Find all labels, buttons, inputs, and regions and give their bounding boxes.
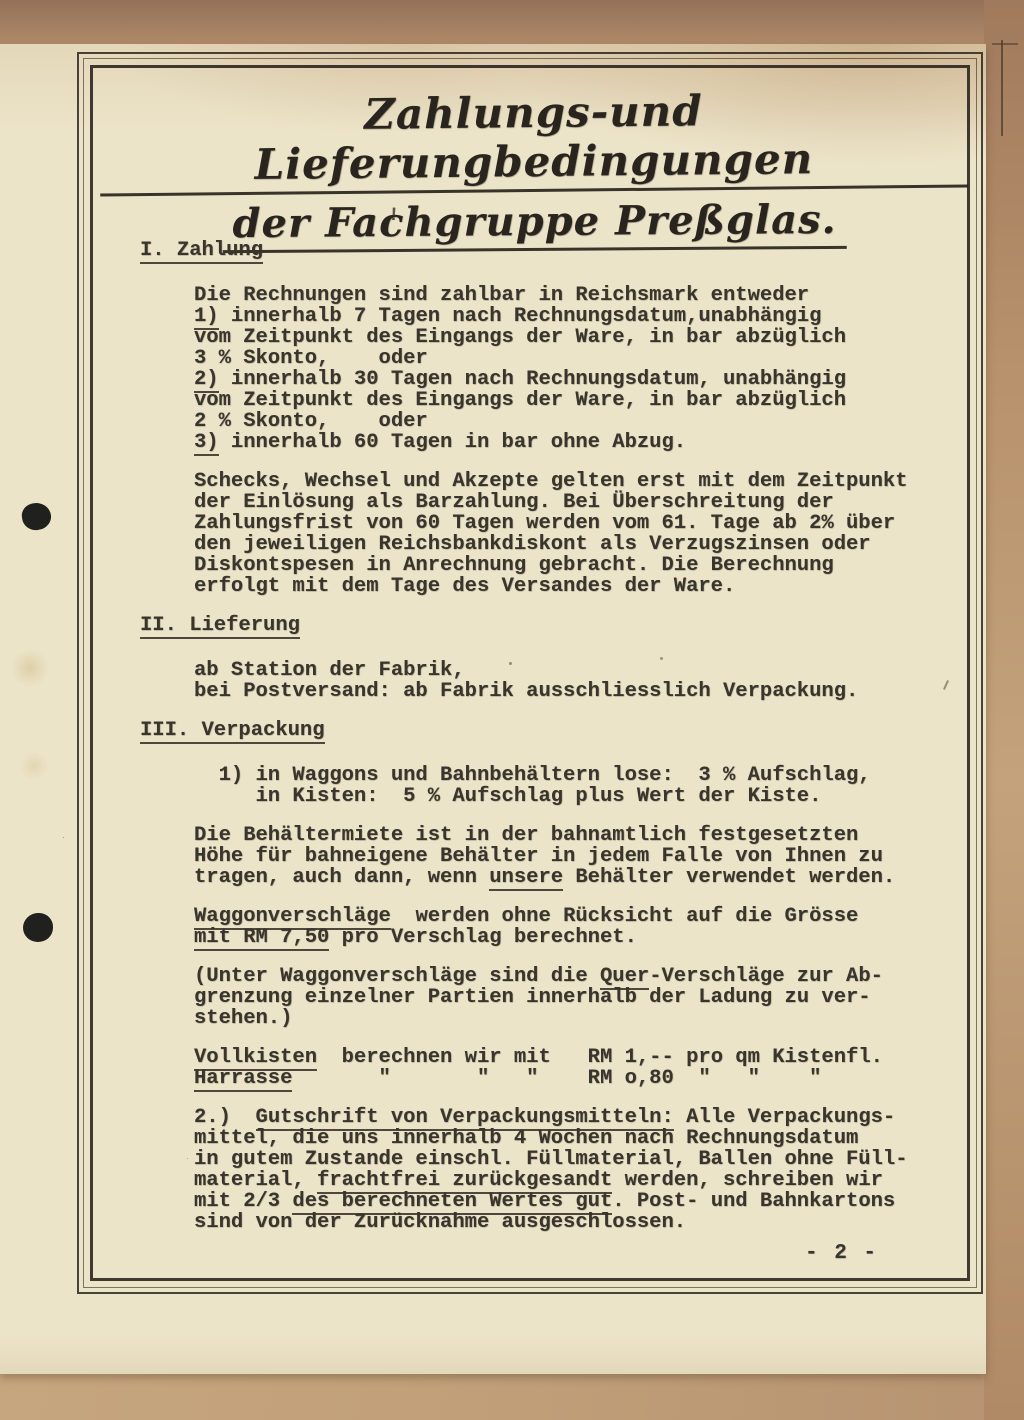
text-run: Schecks, Wechsel und Akzepte gelten erst… xyxy=(194,470,908,493)
text-run: vom Zeitpunkt des Eingangs der Ware, in … xyxy=(194,389,846,412)
scanned-document-page: Zahlungs-und Lieferungbedingungen der Fa… xyxy=(0,0,1024,1420)
text-run: Behälter verwendet werden. xyxy=(563,866,895,889)
text-run: erfolgt mit dem Tage des Versandes der W… xyxy=(194,575,735,598)
text-line: (Unter Waggonverschläge sind die Quer-Ve… xyxy=(194,966,972,987)
text-run: 1) in Waggons und Bahnbehältern lose: 3 … xyxy=(194,764,871,787)
text-line: der Einlösung als Barzahlung. Bei Übersc… xyxy=(194,492,972,513)
section-heading: II. Lieferung xyxy=(140,615,972,636)
paragraph: (Unter Waggonverschläge sind die Quer-Ve… xyxy=(194,966,972,1029)
text-line: vom Zeitpunkt des Eingangs der Ware, in … xyxy=(194,327,972,348)
section-heading: I. Zahlung xyxy=(140,240,972,261)
text-run: (Unter Waggonverschläge sind die xyxy=(194,965,600,988)
text-run: bei Postversand: ab Fabrik ausschliessli… xyxy=(194,680,858,703)
backing-board-right-edge xyxy=(984,0,1024,1420)
text-run: tragen, auch dann, wenn xyxy=(194,866,489,889)
text-line: 2.) Gutschrift von Verpackungsmitteln: A… xyxy=(194,1107,972,1128)
text-line: Vollkisten berechnen wir mit RM 1,-- pro… xyxy=(194,1047,972,1068)
document-title: Zahlungs-und Lieferungbedingungen der Fa… xyxy=(99,83,969,255)
text-line: den jeweiligen Reichsbankdiskont als Ver… xyxy=(194,534,972,555)
text-run: in gutem Zustande einschl. Füllmaterial,… xyxy=(194,1148,908,1171)
backing-sheet-edge-dash xyxy=(992,43,1018,45)
text-run: grenzung einzelner Partien innerhalb der… xyxy=(194,986,871,1009)
text-run: Die Behältermiete ist in der bahnamtlich… xyxy=(194,824,858,847)
page-number: - 2 - xyxy=(140,1242,972,1265)
underlined-text: II. Lieferung xyxy=(140,614,300,639)
paragraph: Vollkisten berechnen wir mit RM 1,-- pro… xyxy=(194,1047,972,1089)
backing-board-top-band xyxy=(0,0,1024,45)
text-run: " " " RM o,80 " " " xyxy=(292,1067,821,1090)
text-run: 2.) xyxy=(194,1106,256,1129)
underlined-text: 3) xyxy=(194,431,219,456)
text-line: 1) innerhalb 7 Tagen nach Rechnungsdatum… xyxy=(194,306,972,327)
text-run: pro Verschlag berechnet. xyxy=(329,926,637,949)
text-run: innerhalb 7 Tagen nach Rechnungsdatum,un… xyxy=(219,305,822,328)
text-run: 3 % Skonto, oder xyxy=(194,347,428,370)
underlined-text: unsere xyxy=(489,866,563,891)
text-run: . Post- und Bahnkartons xyxy=(612,1190,895,1213)
text-run: den jeweiligen Reichsbankdiskont als Ver… xyxy=(194,533,871,556)
text-run: -Verschläge zur Ab- xyxy=(649,965,883,988)
text-line: Die Rechnungen sind zahlbar in Reichsmar… xyxy=(194,285,972,306)
text-run: berechnen wir mit RM 1,-- pro qm Kistenf… xyxy=(317,1046,883,1069)
underlined-text: I. Zahlung xyxy=(140,239,263,264)
paragraph: Schecks, Wechsel und Akzepte gelten erst… xyxy=(194,471,972,597)
backing-sheet-edge-line xyxy=(1001,40,1003,136)
stray-ink-mark: ! xyxy=(387,204,400,227)
underlined-text: Harrasse xyxy=(194,1067,292,1092)
text-line: III. Verpackung xyxy=(140,720,972,741)
text-line: vom Zeitpunkt des Eingangs der Ware, in … xyxy=(194,390,972,411)
text-run: innerhalb 60 Tagen in bar ohne Abzug. xyxy=(219,431,686,454)
text-line: Schecks, Wechsel und Akzepte gelten erst… xyxy=(194,471,972,492)
paragraph: ab Station der Fabrik,bei Postversand: a… xyxy=(194,660,972,702)
paragraph: Waggonverschläge werden ohne Rücksicht a… xyxy=(194,906,972,948)
document-paper: Zahlungs-und Lieferungbedingungen der Fa… xyxy=(0,44,986,1374)
text-line: in gutem Zustande einschl. Füllmaterial,… xyxy=(194,1149,972,1170)
underlined-text: III. Verpackung xyxy=(140,719,325,744)
text-line: Harrasse " " " RM o,80 " " " xyxy=(194,1068,972,1089)
text-line: mit 2/3 des berechneten Wertes gut. Post… xyxy=(194,1191,972,1212)
text-line: material, frachtfrei zurückgesandt werde… xyxy=(194,1170,972,1191)
text-line: in Kisten: 5 % Aufschlag plus Wert der K… xyxy=(194,786,972,807)
text-run: innerhalb 30 Tagen nach Rechnungsdatum, … xyxy=(219,368,846,391)
text-run: Alle Verpackungs- xyxy=(674,1106,895,1129)
text-run: mittel, die uns innerhalb 4 Wochen nach … xyxy=(194,1127,858,1150)
document-body: I. ZahlungDie Rechnungen sind zahlbar in… xyxy=(140,240,972,1251)
text-line: 3) innerhalb 60 Tagen in bar ohne Abzug. xyxy=(194,432,972,453)
text-run: 2 % Skonto, oder xyxy=(194,410,428,433)
text-line: Höhe für bahneigene Behälter in jedem Fa… xyxy=(194,846,972,867)
title-line-1: Zahlungs-und Lieferungbedingungen xyxy=(99,83,968,196)
text-line: Zahlungsfrist von 60 Tagen werden vom 61… xyxy=(194,513,972,534)
text-line: II. Lieferung xyxy=(140,615,972,636)
text-line: 2) innerhalb 30 Tagen nach Rechnungsdatu… xyxy=(194,369,972,390)
text-run: ab Station der Fabrik, xyxy=(194,659,465,682)
text-run: mit 2/3 xyxy=(194,1190,292,1213)
text-line: grenzung einzelner Partien innerhalb der… xyxy=(194,987,972,1008)
text-line: 2 % Skonto, oder xyxy=(194,411,972,432)
paragraph: 1) in Waggons und Bahnbehältern lose: 3 … xyxy=(194,765,972,807)
text-line: 3 % Skonto, oder xyxy=(194,348,972,369)
text-line: bei Postversand: ab Fabrik ausschliessli… xyxy=(194,681,972,702)
text-line: erfolgt mit dem Tage des Versandes der W… xyxy=(194,576,972,597)
text-line: mittel, die uns innerhalb 4 Wochen nach … xyxy=(194,1128,972,1149)
text-run: werden, schreiben wir xyxy=(612,1169,883,1192)
text-run: Diskontspesen in Anrechnung gebracht. Di… xyxy=(194,554,834,577)
text-run: in Kisten: 5 % Aufschlag plus Wert der K… xyxy=(194,785,821,808)
text-line: Die Behältermiete ist in der bahnamtlich… xyxy=(194,825,972,846)
text-run: material, xyxy=(194,1169,317,1192)
text-run: der Einlösung als Barzahlung. Bei Übersc… xyxy=(194,491,834,514)
punch-hole-top xyxy=(20,501,52,532)
text-run: Die Rechnungen sind zahlbar in Reichsmar… xyxy=(194,284,809,307)
text-run: stehen.) xyxy=(194,1007,292,1030)
text-line: tragen, auch dann, wenn unsere Behälter … xyxy=(194,867,972,888)
text-run: Zahlungsfrist von 60 Tagen werden vom 61… xyxy=(194,512,895,535)
text-run: Höhe für bahneigene Behälter in jedem Fa… xyxy=(194,845,883,868)
text-run: werden ohne Rücksicht auf die Grösse xyxy=(391,905,858,928)
text-line: Waggonverschläge werden ohne Rücksicht a… xyxy=(194,906,972,927)
paper-specks xyxy=(509,662,512,665)
punch-hole-bottom xyxy=(23,913,53,942)
paragraph: 2.) Gutschrift von Verpackungsmitteln: A… xyxy=(194,1107,972,1233)
text-line: mit RM 7,50 pro Verschlag berechnet. xyxy=(194,927,972,948)
paragraph: Die Behältermiete ist in der bahnamtlich… xyxy=(194,825,972,888)
text-line: I. Zahlung xyxy=(140,240,972,261)
text-line: Diskontspesen in Anrechnung gebracht. Di… xyxy=(194,555,972,576)
section-heading: III. Verpackung xyxy=(140,720,972,741)
paragraph: Die Rechnungen sind zahlbar in Reichsmar… xyxy=(194,285,972,453)
text-line: sind von der Zurücknahme ausgeschlossen. xyxy=(194,1212,972,1233)
text-line: 1) in Waggons und Bahnbehältern lose: 3 … xyxy=(194,765,972,786)
underlined-text: mit RM 7,50 xyxy=(194,926,329,951)
text-line: ab Station der Fabrik, xyxy=(194,660,972,681)
text-line: stehen.) xyxy=(194,1008,972,1029)
text-run: vom Zeitpunkt des Eingangs der Ware, in … xyxy=(194,326,846,349)
text-run: sind von der Zurücknahme ausgeschlossen. xyxy=(194,1211,686,1234)
